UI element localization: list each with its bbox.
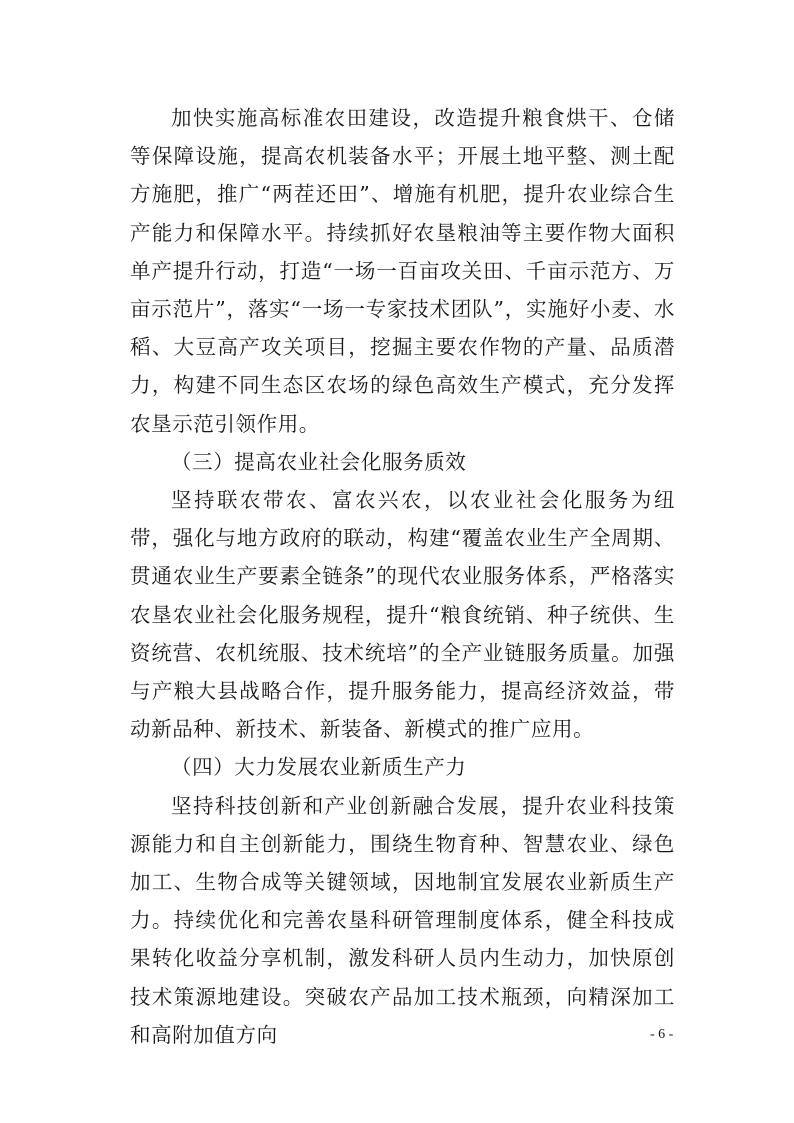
page-number: - 6 -	[650, 1027, 673, 1043]
document-body: 加快实施高标准农田建设，改造提升粮食烘干、仓储等保障设施，提高农机装备水平；开展…	[130, 99, 675, 1054]
paragraph-new-productivity: 坚持科技创新和产业创新融合发展，提升农业科技策源能力和自主创新能力，围绕生物育种…	[130, 787, 675, 1054]
section-heading-3: （三）提高农业社会化服务质效	[130, 443, 675, 481]
document-page: 加快实施高标准农田建设，改造提升粮食烘干、仓储等保障设施，提高农机装备水平；开展…	[0, 0, 794, 1123]
paragraph-farmland-construction: 加快实施高标准农田建设，改造提升粮食烘干、仓储等保障设施，提高农机装备水平；开展…	[130, 99, 675, 443]
section-heading-4: （四）大力发展农业新质生产力	[130, 748, 675, 786]
paragraph-socialized-services: 坚持联农带农、富农兴农，以农业社会化服务为纽带，强化与地方政府的联动，构建“覆盖…	[130, 481, 675, 748]
